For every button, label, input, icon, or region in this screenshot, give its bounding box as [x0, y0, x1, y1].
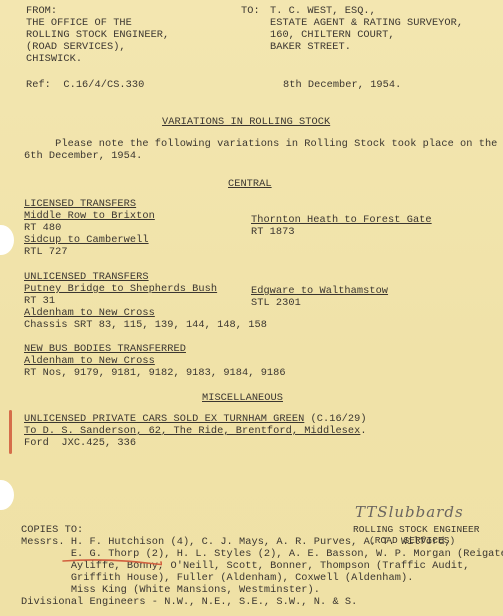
copies-line: Messrs. H. F. Hutchison (4), C. J. Mays,… [21, 537, 451, 549]
unlicensed-route: Putney Bridge to Shepherds Bush [24, 284, 217, 296]
licensed-vehicle: RT 480 [24, 223, 61, 235]
from-line: CHISWICK. [26, 54, 82, 66]
to-line: T. C. WEST, ESQ., [270, 6, 376, 18]
licensed-heading: LICENSED TRANSFERS [24, 199, 136, 211]
to-line: 160, CHILTERN COURT, [270, 30, 395, 42]
unlicensed-vehicle: Chassis SRT 83, 115, 139, 144, 148, 158 [24, 320, 267, 332]
section-central: CENTRAL [228, 179, 272, 191]
licensed-vehicle: RT 1873 [251, 227, 295, 239]
licensed-vehicle: RTL 727 [24, 247, 68, 259]
misc-subheading: UNLICENSED PRIVATE CARS SOLD EX TURNHAM … [24, 413, 304, 425]
copies-line: Divisional Engineers - N.W., N.E., S.E.,… [21, 597, 357, 609]
licensed-route: Thornton Heath to Forest Gate [251, 215, 432, 227]
bodies-heading: NEW BUS BODIES TRANSFERRED [24, 344, 186, 356]
copies-heading: COPIES TO: [21, 525, 83, 537]
from-line: (ROAD SERVICES), [26, 42, 126, 54]
to-label: TO: [241, 6, 260, 18]
from-line: THE OFFICE OF THE [26, 18, 132, 30]
unlicensed-vehicle: RT 31 [24, 296, 55, 308]
reference: Ref: C.16/4/CS.330 [26, 80, 144, 92]
misc-buyer-end: . [360, 425, 366, 437]
unlicensed-vehicle: STL 2301 [251, 298, 301, 310]
intro-line: Please note the following variations in … [24, 139, 497, 151]
red-pencil-margin-mark [9, 410, 12, 454]
unlicensed-route: Edgware to Walthamstow [251, 286, 388, 298]
section-miscellaneous: MISCELLANEOUS [202, 393, 283, 405]
to-line: ESTATE AGENT & RATING SURVEYOR, [270, 18, 463, 30]
memo-page: FROM: THE OFFICE OF THE ROLLING STOCK EN… [0, 0, 503, 616]
licensed-route: Middle Row to Brixton [24, 211, 155, 223]
punch-hole [0, 225, 14, 255]
unlicensed-route: Aldenham to New Cross [24, 308, 155, 320]
from-label: FROM: [26, 6, 57, 18]
document-title: VARIATIONS IN ROLLING STOCK [162, 117, 330, 129]
misc-buyer: To D. S. Sanderson, 62, The Ride, Brentf… [24, 425, 360, 437]
bodies-route: Aldenham to New Cross [24, 356, 155, 368]
unlicensed-heading: UNLICENSED TRANSFERS [24, 272, 149, 284]
misc-subheading-row: UNLICENSED PRIVATE CARS SOLD EX TURNHAM … [24, 414, 367, 426]
from-line: ROLLING STOCK ENGINEER, [26, 30, 169, 42]
date: 8th December, 1954. [283, 80, 401, 92]
intro-line: 6th December, 1954. [24, 151, 142, 163]
copies-line: Miss King (White Mansions, Westminster). [21, 585, 320, 597]
signature-title: ROLLING STOCK ENGINEER [353, 524, 480, 536]
bodies-vehicles: RT Nos, 9179, 9181, 9182, 9183, 9184, 91… [24, 368, 286, 380]
misc-buyer-row: To D. S. Sanderson, 62, The Ride, Brentf… [24, 426, 367, 438]
punch-hole [0, 480, 14, 510]
misc-vehicles: Ford JXC.425, 336 [24, 438, 136, 450]
licensed-route: Sidcup to Camberwell [24, 235, 149, 247]
to-line: BAKER STREET. [270, 42, 351, 54]
copies-line: Griffith House), Fuller (Aldenham), Coxw… [21, 573, 413, 585]
red-pencil-underline [62, 558, 162, 566]
misc-ref: (C.16/29) [304, 413, 366, 425]
signature-scrawl: TTSlubbards [355, 503, 464, 521]
